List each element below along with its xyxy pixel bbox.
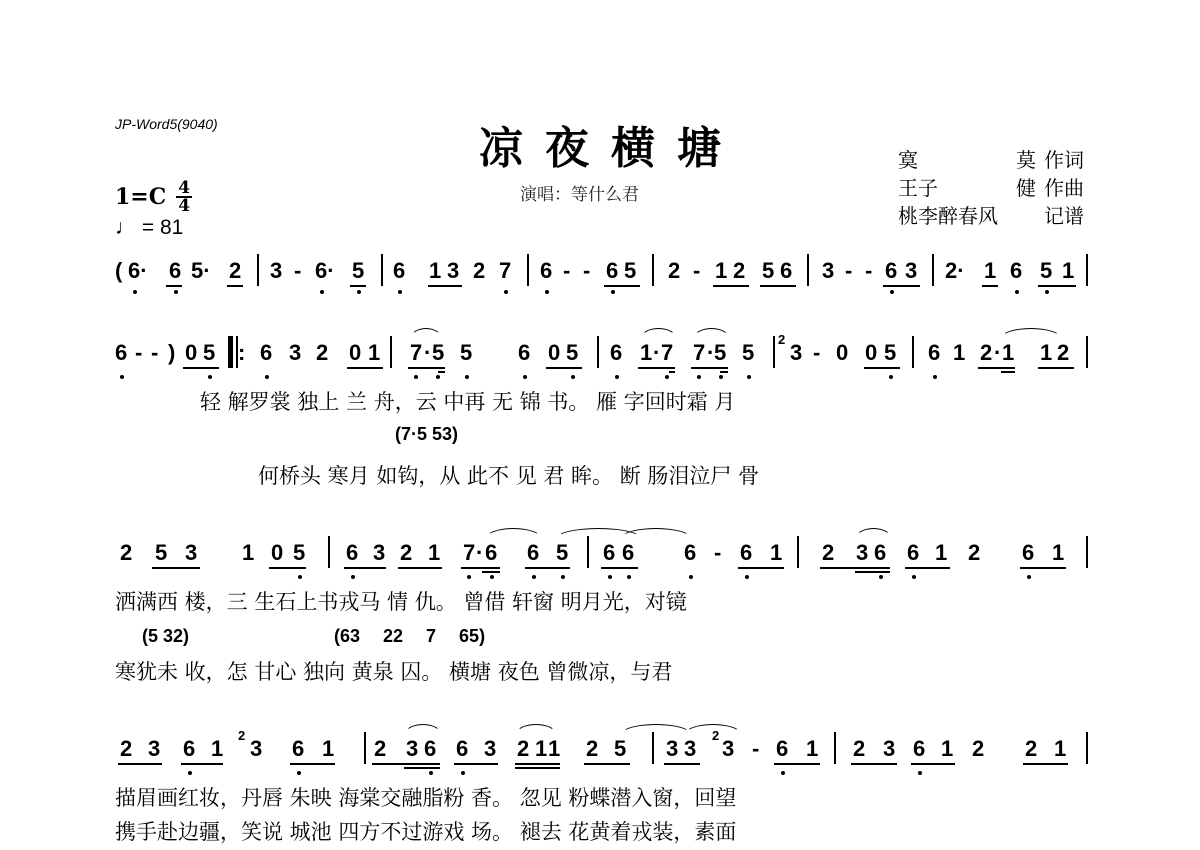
transcriber-credit: 桃李醉春风 记谱: [898, 202, 1084, 230]
octave-dot-low: [608, 575, 612, 579]
underline-beam: [344, 567, 386, 569]
transcriber-role: 记谱: [1044, 202, 1084, 230]
lyricist-role: 作词: [1044, 146, 1084, 174]
octave-dot-low: [188, 771, 192, 775]
underline-beam: [546, 367, 582, 369]
underline-beam: [911, 763, 955, 765]
lyric-text: 洒满西 楼，三 生石上书戎马 情 仇。 曾借 轩窗 明月光，对镜: [115, 590, 687, 614]
underline-beam: [227, 285, 243, 287]
bar-line: [527, 254, 529, 286]
octave-dot-low: [545, 290, 549, 294]
bar-line: [381, 254, 383, 286]
double-underline: [669, 371, 675, 373]
bar-line: [328, 536, 330, 568]
octave-dot-low: [665, 375, 669, 379]
underline-beam: [290, 763, 335, 765]
lyric-text: 携手赴边疆，笑说 城池 四方不过游戏 场。 褪去 花黄着戎装，素面: [115, 820, 736, 844]
lyrics-line-4-verse-1: 描眉画红妆，丹唇 朱映 海棠交融脂粉 香。 忽见 粉蝶潜入窗，回望: [115, 782, 736, 812]
notation-line-1: (6·65·23-6·5613276--652-12563--632·1651: [0, 258, 1200, 318]
note: 1: [242, 540, 254, 566]
double-underline: [515, 767, 560, 769]
octave-dot-low: [357, 290, 361, 294]
underline-beam: [1038, 367, 1074, 369]
note: 3: [666, 736, 678, 762]
note: 0: [349, 340, 361, 366]
note: -: [714, 540, 721, 566]
lyricist-name-1: 寞: [898, 146, 918, 174]
octave-dot-low: [689, 575, 693, 579]
note: 1: [1002, 340, 1014, 366]
note: 1: [935, 540, 947, 566]
lyric-text: 何桥头 寒月 如钩，从 此不 见 君 眸。 断 肠泪泣尸 骨: [258, 464, 759, 488]
note: 3: [185, 540, 197, 566]
note: 5: [566, 340, 578, 366]
slur: [620, 528, 692, 539]
note: 2: [822, 540, 834, 566]
octave-dot-low: [719, 375, 723, 379]
note: 3: [905, 258, 917, 284]
octave-dot-low: [933, 375, 937, 379]
underline-beam: [604, 285, 640, 287]
note: 1: [984, 258, 996, 284]
note: 5: [624, 258, 636, 284]
repeat-barline-thin: [236, 336, 238, 368]
octave-dot-low: [467, 575, 471, 579]
double-underline: [1001, 371, 1015, 373]
note: -: [865, 258, 872, 284]
underline-beam: [398, 567, 442, 569]
octave-dot-low: [571, 375, 575, 379]
note: 6: [776, 736, 788, 762]
tempo-value: = 81: [142, 216, 183, 239]
note: ·: [476, 540, 483, 566]
underline-beam: [883, 285, 920, 287]
underline-beam: [183, 367, 219, 369]
note: 3: [270, 258, 282, 284]
note: 6: [346, 540, 358, 566]
composer-name-2: 子: [918, 174, 938, 202]
note: 0: [548, 340, 560, 366]
octave-dot-low: [133, 290, 137, 294]
bar-line: [834, 732, 836, 764]
note: 5: [762, 258, 774, 284]
note: -: [151, 340, 158, 366]
underline-beam: [347, 367, 383, 369]
slur: [620, 724, 692, 735]
note: 6: [169, 258, 181, 284]
underline-beam: [584, 763, 630, 765]
note: -: [294, 258, 301, 284]
note: 5: [432, 340, 444, 366]
note: 3: [289, 340, 301, 366]
slur: [515, 724, 557, 735]
note: 1: [322, 736, 334, 762]
alt-notation-line-2: (7·5 53): [395, 424, 458, 445]
octave-dot-low: [879, 575, 883, 579]
note: 6: [1022, 540, 1034, 566]
note: 5: [742, 340, 754, 366]
underline-beam: [1023, 763, 1068, 765]
note: 5: [155, 540, 167, 566]
lyrics-line-4-verse-2: 携手赴边疆，笑说 城池 四方不过游戏 场。 褪去 花黄着戎装，素面: [115, 816, 736, 846]
octave-dot-low: [297, 771, 301, 775]
underline-beam: [461, 567, 500, 569]
note: 6: [183, 736, 195, 762]
lyrics-line-2-verse-2: 何桥头 寒月 如钩，从 此不 见 君 眸。 断 肠泪泣尸 骨: [258, 460, 759, 490]
bar-line: [912, 336, 914, 368]
key-label: 1=C: [115, 184, 166, 210]
bar-line: [587, 536, 589, 568]
note: 3: [790, 340, 802, 366]
octave-dot-low: [747, 375, 751, 379]
octave-dot-low: [265, 375, 269, 379]
note: 2: [733, 258, 745, 284]
note: 6: [456, 736, 468, 762]
note: 1: [535, 736, 547, 762]
octave-dot-low: [208, 375, 212, 379]
note: 1: [770, 540, 782, 566]
underline-beam: [691, 367, 728, 369]
alt-notation-line-3b: (63 22 7 65): [334, 626, 485, 647]
lyric-text: 轻 解罗裳 独上 兰 舟，云 中再 无 锦 书。 雁 字回时霜 月: [200, 390, 735, 414]
note: 3: [373, 540, 385, 566]
note: 2: [968, 540, 980, 566]
note: 1: [715, 258, 727, 284]
octave-dot-low: [1027, 575, 1031, 579]
note: 2: [229, 258, 241, 284]
octave-dot-low: [429, 771, 433, 775]
note: 6·: [128, 258, 148, 284]
underline-beam: [601, 567, 638, 569]
bar-line: [797, 536, 799, 568]
note: -: [845, 258, 852, 284]
octave-dot-low: [298, 575, 302, 579]
note: ): [168, 340, 175, 366]
composer-credit: 王 子 健 作曲: [898, 174, 1084, 202]
octave-dot-low: [615, 375, 619, 379]
slur: [855, 528, 892, 539]
note: 6: [260, 340, 272, 366]
lyric-text: 寒犹未 收，怎 甘心 独向 黄泉 囚。 横塘 夜色 曾微凉，与君: [115, 660, 672, 684]
octave-dot-low: [532, 575, 536, 579]
underline-beam: [905, 567, 950, 569]
bar-line: [597, 336, 599, 368]
note: 3: [447, 258, 459, 284]
alt-notation-text: (5 32): [142, 626, 189, 646]
singer-credit: 演唱：等什么君: [520, 180, 639, 205]
note: 1: [640, 340, 652, 366]
quarter-note-icon: ♩: [115, 216, 136, 239]
note: 1: [211, 736, 223, 762]
note: 6: [485, 540, 497, 566]
note: :: [238, 340, 245, 366]
underline-beam: [428, 285, 462, 287]
bar-line: [773, 336, 775, 368]
underline-beam: [864, 367, 900, 369]
bar-line: [364, 732, 366, 764]
note: 6: [603, 540, 615, 566]
octave-dot-low: [523, 375, 527, 379]
note: 2: [517, 736, 529, 762]
note: 2: [853, 736, 865, 762]
note: 6: [684, 540, 696, 566]
transcriber-name: 桃李醉春风: [898, 202, 998, 230]
note: 6: [740, 540, 752, 566]
octave-dot-low: [697, 375, 701, 379]
bar-line: [1086, 254, 1088, 286]
tempo-marking: ♩ = 81: [115, 216, 183, 240]
note: (: [115, 258, 122, 284]
note: 1: [429, 258, 441, 284]
note: 7: [463, 540, 475, 566]
note: 3: [856, 540, 868, 566]
note: -: [752, 736, 759, 762]
underline-beam: [982, 285, 998, 287]
lyricist-name-2: 莫: [1016, 146, 1036, 174]
bar-line: [652, 732, 654, 764]
slur: [1000, 328, 1062, 339]
note: 2·: [945, 258, 965, 284]
note: 1: [1062, 258, 1074, 284]
note: ·: [994, 340, 1001, 366]
grace-note: 2: [238, 728, 245, 743]
underline-beam: [515, 763, 560, 765]
octave-dot-low: [611, 290, 615, 294]
bar-line: [257, 254, 259, 286]
note: 3: [883, 736, 895, 762]
note: 5: [556, 540, 568, 566]
underline-beam: [525, 567, 570, 569]
key-signature: 1=C 4 4: [115, 180, 192, 214]
note: 0: [185, 340, 197, 366]
underline-beam: [851, 763, 897, 765]
note: 6: [518, 340, 530, 366]
octave-dot-low: [918, 771, 922, 775]
underline-beam: [638, 367, 675, 369]
lyrics-line-3-verse-2: 寒犹未 收，怎 甘心 独向 黄泉 囚。 横塘 夜色 曾微凉，与君: [115, 656, 672, 686]
note: 2: [980, 340, 992, 366]
octave-dot-low: [745, 575, 749, 579]
note: 5·: [191, 258, 211, 284]
note: 6: [393, 258, 405, 284]
double-underline: [404, 767, 440, 769]
note: 6: [885, 258, 897, 284]
note: 1: [428, 540, 440, 566]
underline-beam: [404, 763, 440, 765]
note: 5: [1040, 258, 1052, 284]
underline-beam: [1038, 285, 1076, 287]
grace-note: 2: [778, 332, 785, 347]
note: 2: [400, 540, 412, 566]
octave-dot-low: [465, 375, 469, 379]
note: 6: [622, 540, 634, 566]
underline-beam: [350, 285, 366, 287]
underline-beam: [181, 763, 223, 765]
bar-line: [390, 336, 392, 368]
octave-dot-low: [627, 575, 631, 579]
note: 1: [1054, 736, 1066, 762]
note: 1: [1052, 540, 1064, 566]
underline-beam: [774, 763, 820, 765]
note: 2: [473, 258, 485, 284]
slur: [410, 328, 442, 339]
note: 3: [684, 736, 696, 762]
note: 5: [714, 340, 726, 366]
note: -: [693, 258, 700, 284]
note: 1: [1040, 340, 1052, 366]
note: 6: [115, 340, 127, 366]
underline-beam: [760, 285, 796, 287]
alt-notation-line-3a: (5 32): [142, 626, 189, 647]
note: 6: [913, 736, 925, 762]
octave-dot-low: [781, 771, 785, 775]
composer-name-1: 王: [898, 174, 918, 202]
slur: [404, 724, 442, 735]
double-underline: [438, 371, 445, 373]
note: 6: [606, 258, 618, 284]
note: 2: [120, 736, 132, 762]
double-underline: [855, 571, 890, 573]
note: 6: [527, 540, 539, 566]
octave-dot-low: [120, 375, 124, 379]
octave-dot-low: [414, 375, 418, 379]
note: -: [135, 340, 142, 366]
note: 2: [1057, 340, 1069, 366]
note: -: [813, 340, 820, 366]
composer-name-3: 健: [1016, 174, 1036, 202]
underline-beam: [1020, 567, 1066, 569]
note: 0: [865, 340, 877, 366]
note: 2: [316, 340, 328, 366]
underline-beam: [269, 567, 306, 569]
note: -: [583, 258, 590, 284]
bar-line: [1086, 336, 1088, 368]
underline-beam: [152, 567, 200, 569]
grace-note: 2: [712, 728, 719, 743]
note: 6: [780, 258, 792, 284]
note: 2: [374, 736, 386, 762]
underline-beam: [664, 763, 700, 765]
octave-dot-low: [1045, 290, 1049, 294]
note: 1: [806, 736, 818, 762]
note: 3: [822, 258, 834, 284]
composer-role: 作曲: [1044, 174, 1084, 202]
note: 6·: [315, 258, 335, 284]
note: ·: [424, 340, 431, 366]
underline-beam: [713, 285, 749, 287]
slur: [485, 528, 542, 539]
note: 5: [460, 340, 472, 366]
lyricist-credit: 寞 莫 作词: [898, 146, 1084, 174]
underline-beam: [408, 367, 445, 369]
note: 2: [668, 258, 680, 284]
octave-dot-low: [436, 375, 440, 379]
bar-line: [807, 254, 809, 286]
octave-dot-low: [398, 290, 402, 294]
octave-dot-low: [174, 290, 178, 294]
note: 6: [424, 736, 436, 762]
note: 1: [368, 340, 380, 366]
octave-dot-low: [561, 575, 565, 579]
note: 3: [484, 736, 496, 762]
note: 1: [548, 736, 560, 762]
slur: [693, 328, 730, 339]
octave-dot-low: [1015, 290, 1019, 294]
bar-line: [1086, 536, 1088, 568]
double-underline: [720, 371, 728, 373]
octave-dot-low: [351, 575, 355, 579]
underline-beam: [454, 763, 498, 765]
note: 3: [722, 736, 734, 762]
note: 5: [293, 540, 305, 566]
note: 2: [972, 736, 984, 762]
note: 6: [610, 340, 622, 366]
underline-beam: [166, 285, 182, 287]
note: 2: [120, 540, 132, 566]
lyrics-line-2-verse-1: 轻 解罗裳 独上 兰 舟，云 中再 无 锦 书。 雁 字回时霜 月: [200, 386, 735, 416]
repeat-barline: [228, 336, 233, 368]
bar-line: [932, 254, 934, 286]
alt-notation-text: (7·5 53): [395, 424, 458, 444]
bar-line: [1086, 732, 1088, 764]
lyric-text: 描眉画红妆，丹唇 朱映 海棠交融脂粉 香。 忽见 粉蝶潜入窗，回望: [115, 786, 736, 810]
note: 6: [540, 258, 552, 284]
note: 7: [410, 340, 422, 366]
note: 0: [836, 340, 848, 366]
slur: [640, 328, 677, 339]
note: -: [563, 258, 570, 284]
note: 7: [693, 340, 705, 366]
note: ·: [653, 340, 660, 366]
note: 6: [1010, 258, 1022, 284]
underline-beam: [738, 567, 784, 569]
time-signature: 4 4: [176, 180, 192, 214]
bar-line: [652, 254, 654, 286]
octave-dot-low: [320, 290, 324, 294]
underline-beam: [978, 367, 1015, 369]
note: 5: [352, 258, 364, 284]
octave-dot-low: [490, 575, 494, 579]
note: 1: [941, 736, 953, 762]
octave-dot-low: [504, 290, 508, 294]
octave-dot-low: [912, 575, 916, 579]
octave-dot-low: [461, 771, 465, 775]
lyrics-line-3-verse-1: 洒满西 楼，三 生石上书戎马 情 仇。 曾借 轩窗 明月光，对镜: [115, 586, 687, 616]
note: 6: [907, 540, 919, 566]
credits-block: 寞 莫 作词 王 子 健 作曲 桃李醉春风 记谱: [898, 146, 1084, 230]
octave-dot-low: [889, 375, 893, 379]
note: 5: [614, 736, 626, 762]
octave-dot-low: [890, 290, 894, 294]
note: 5: [884, 340, 896, 366]
note: 5: [203, 340, 215, 366]
note: 6: [928, 340, 940, 366]
note: 6: [874, 540, 886, 566]
double-underline: [482, 571, 500, 573]
underline-beam: [118, 763, 162, 765]
note: 3: [148, 736, 160, 762]
note: 2: [586, 736, 598, 762]
note: 1: [953, 340, 965, 366]
note: 7: [661, 340, 673, 366]
note: 3: [406, 736, 418, 762]
note: 3: [250, 736, 262, 762]
underline-beam: [820, 567, 890, 569]
note: 6: [292, 736, 304, 762]
time-sig-bottom: 4: [178, 198, 190, 214]
note: 2: [1025, 736, 1037, 762]
note: 0: [271, 540, 283, 566]
